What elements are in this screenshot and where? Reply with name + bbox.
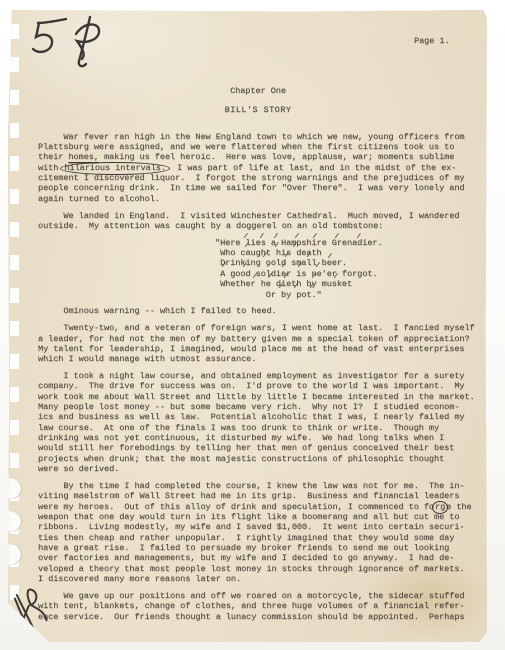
torn-binding-hole xyxy=(5,478,22,499)
paragraph-ominous-warning: Ominous warning -- which I failed to hee… xyxy=(38,306,478,316)
scanned-manuscript-page: Page 1. Chapter One BILL'S STORY War fev… xyxy=(0,0,505,650)
tombstone-poem: "Here lies a Hampshire Grenadier. Who ca… xyxy=(215,238,478,300)
chapter-heading: Chapter One xyxy=(38,86,478,96)
torn-binding-hole xyxy=(5,511,22,532)
paragraph-motorcycle: We gave up our positions and off we roar… xyxy=(38,591,478,622)
spiral-binding-holes xyxy=(10,24,19,624)
paragraph-wall-street: By the time I had completed the course, … xyxy=(38,481,478,584)
paragraph-text: By the time I had completed the course, … xyxy=(38,481,464,512)
page-number: Page 1. xyxy=(414,36,450,46)
chapter-title: BILL'S STORY xyxy=(38,105,478,115)
handwritten-mark-5p xyxy=(26,10,118,76)
torn-binding-hole xyxy=(5,544,22,565)
paper-sheet: Page 1. Chapter One BILL'S STORY War fev… xyxy=(8,10,487,642)
tombstone-poem-block: "Here lies a Hampshire Grenadier. Who ca… xyxy=(215,238,478,300)
typed-content: Chapter One BILL'S STORY War fever ran h… xyxy=(38,86,478,628)
paragraph-war-fever: War fever ran high in the New England to… xyxy=(38,132,478,204)
paragraph-winchester: We landed in England. I visited Winchest… xyxy=(38,211,478,232)
paragraph-text: e the weapon that one day would turn in … xyxy=(38,502,472,584)
paragraph-law-course: I took a night law course, and obtained … xyxy=(38,371,478,474)
paragraph-twenty-two: Twenty-two, and a veteran of foreign war… xyxy=(38,323,478,364)
pen-underlined-word: homes, xyxy=(68,152,98,162)
